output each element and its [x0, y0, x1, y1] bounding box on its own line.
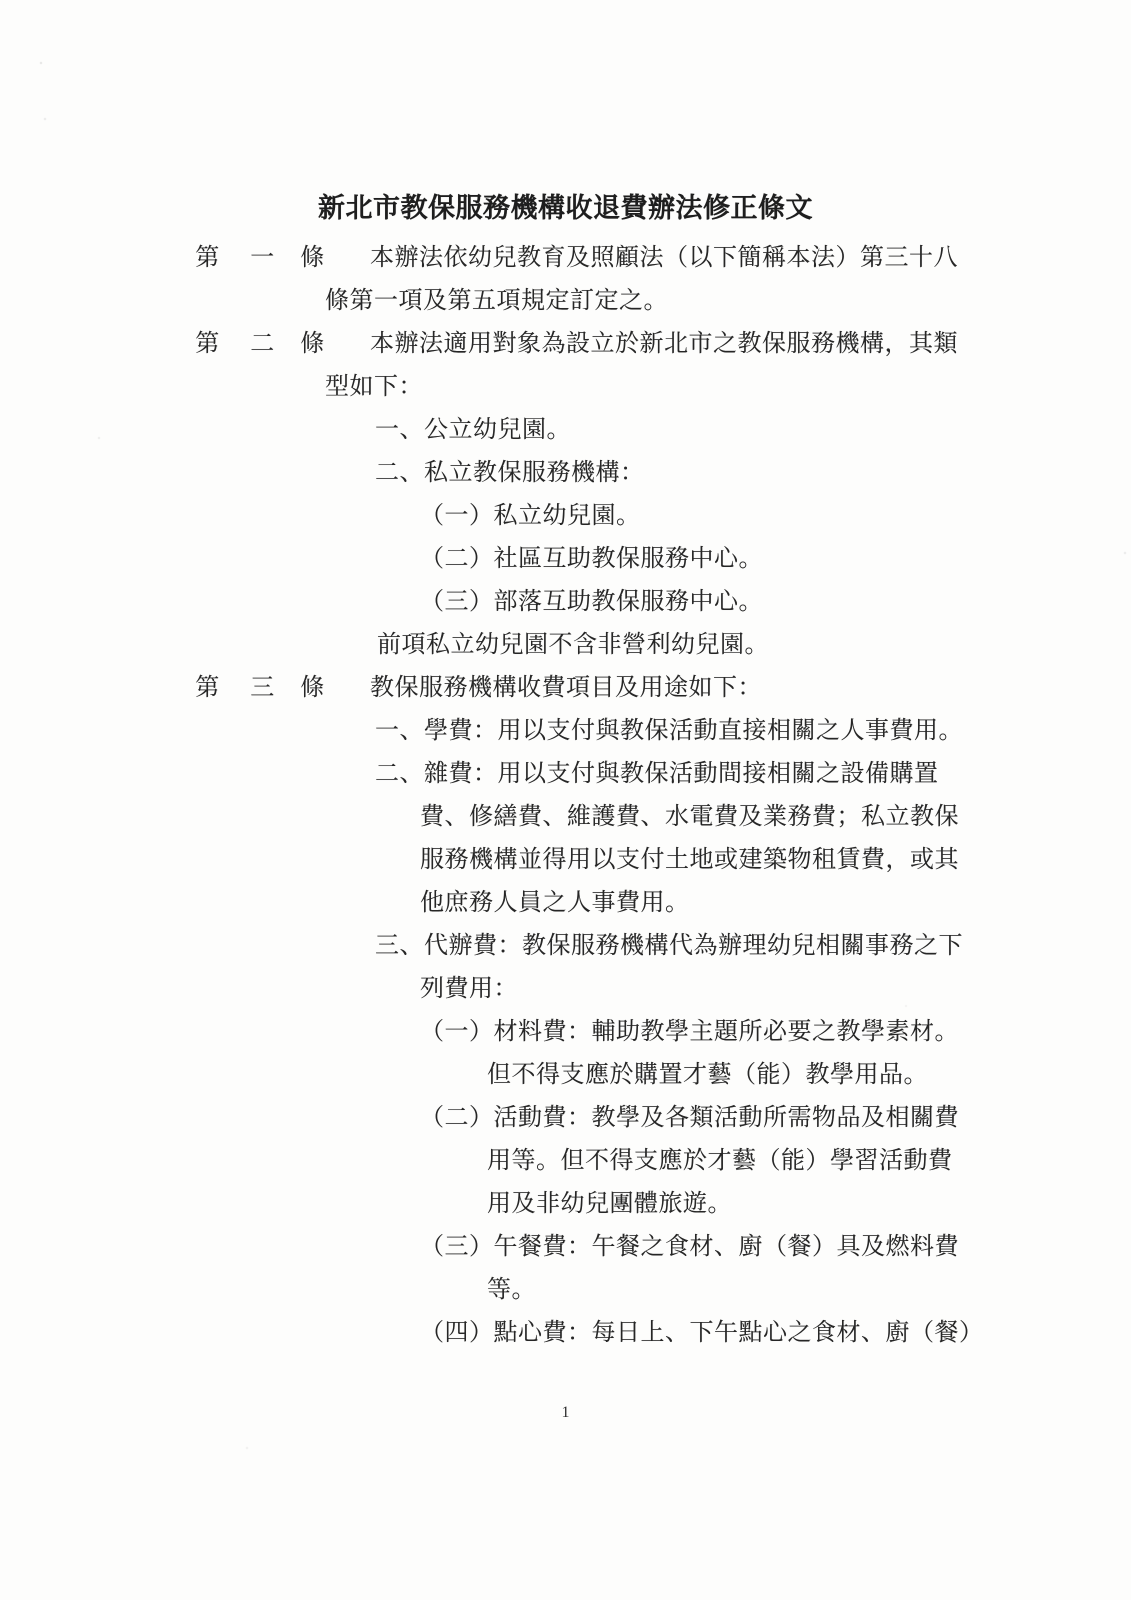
line-text: （三）部落互助教保服務中心。 — [420, 589, 763, 615]
document-line: 二、私立教保服務機構： — [0, 452, 1131, 495]
document-line: 第三條教保服務機構收費項目及用途如下： — [0, 667, 1131, 710]
document-line: （三）午餐費：午餐之食材、廚（餐）具及燃料費 — [0, 1226, 1131, 1269]
line-text: （二）社區互助教保服務中心。 — [420, 546, 763, 572]
line-text: 前項私立幼兒園不含非營利幼兒園。 — [377, 632, 769, 658]
document-line: （四）點心費：每日上、下午點心之食材、廚（餐） — [0, 1312, 1131, 1355]
document-line: （二）活動費：教學及各類活動所需物品及相關費 — [0, 1097, 1131, 1140]
line-text: 等。 — [487, 1277, 536, 1303]
document-line: 一、公立幼兒園。 — [0, 409, 1131, 452]
document-line: 型如下： — [0, 366, 1131, 409]
line-text: 型如下： — [325, 374, 423, 400]
line-text: 但不得支應於購置才藝（能）教學用品。 — [487, 1062, 928, 1088]
line-text: 用等。但不得支應於才藝（能）學習活動費 — [487, 1148, 953, 1174]
document-line: 二、雜費：用以支付與教保活動間接相關之設備購置 — [0, 753, 1131, 796]
line-text: （一）私立幼兒園。 — [420, 503, 641, 529]
article-number-label: 條 — [300, 323, 325, 366]
document-title: 新北市教保服務機構收退費辦法修正條文 — [0, 186, 1131, 225]
line-text: 本辦法適用對象為設立於新北市之教保服務機構，其類 — [370, 331, 958, 357]
article-number-label: 條 — [300, 667, 325, 710]
document-line: 第一條本辦法依幼兒教育及照顧法（以下簡稱本法）第三十八 — [0, 237, 1131, 280]
line-text: 用及非幼兒團體旅遊。 — [487, 1191, 732, 1217]
document-line: 他庶務人員之人事費用。 — [0, 882, 1131, 925]
article-number-label: 第 — [195, 323, 220, 366]
document-line: 一、學費：用以支付與教保活動直接相關之人事費用。 — [0, 710, 1131, 753]
document-line: 第二條本辦法適用對象為設立於新北市之教保服務機構，其類 — [0, 323, 1131, 366]
line-text: 二、雜費：用以支付與教保活動間接相關之設備購置 — [375, 761, 939, 787]
line-text: 他庶務人員之人事費用。 — [420, 890, 690, 916]
article-number-label: 一 — [250, 237, 275, 280]
article-number-label: 條 — [300, 237, 325, 280]
article-number-label: 第 — [195, 667, 220, 710]
scan-noise-specks — [0, 0, 2, 2]
line-text: 條第一項及第五項規定訂定之。 — [325, 288, 668, 314]
line-text: 服務機構並得用以支付土地或建築物租賃費，或其 — [420, 847, 959, 873]
document-line: （一）材料費：輔助教學主題所必要之教學素材。 — [0, 1011, 1131, 1054]
document-line: 等。 — [0, 1269, 1131, 1312]
document-line: （一）私立幼兒園。 — [0, 495, 1131, 538]
document-line: 用等。但不得支應於才藝（能）學習活動費 — [0, 1140, 1131, 1183]
line-text: 一、公立幼兒園。 — [375, 417, 571, 443]
article-number-label: 第 — [195, 237, 220, 280]
line-text: 教保服務機構收費項目及用途如下： — [370, 675, 762, 701]
line-text: （三）午餐費：午餐之食材、廚（餐）具及燃料費 — [420, 1234, 959, 1260]
line-text: （二）活動費：教學及各類活動所需物品及相關費 — [420, 1105, 959, 1131]
line-text: 三、代辦費：教保服務機構代為辦理幼兒相關事務之下 — [375, 933, 963, 959]
document-line: 但不得支應於購置才藝（能）教學用品。 — [0, 1054, 1131, 1097]
document-line: （三）部落互助教保服務中心。 — [0, 581, 1131, 624]
line-text: （一）材料費：輔助教學主題所必要之教學素材。 — [420, 1019, 959, 1045]
document-line: （二）社區互助教保服務中心。 — [0, 538, 1131, 581]
document-line: 用及非幼兒團體旅遊。 — [0, 1183, 1131, 1226]
document-line: 前項私立幼兒園不含非營利幼兒園。 — [0, 624, 1131, 667]
scanned-document-page: 新北市教保服務機構收退費辦法修正條文 第一條本辦法依幼兒教育及照顧法（以下簡稱本… — [0, 0, 1131, 1600]
line-text: 本辦法依幼兒教育及照顧法（以下簡稱本法）第三十八 — [370, 245, 958, 271]
document-line: 費、修繕費、維護費、水電費及業務費；私立教保 — [0, 796, 1131, 839]
page-number: 1 — [0, 1404, 1131, 1422]
document-line: 服務機構並得用以支付土地或建築物租賃費，或其 — [0, 839, 1131, 882]
line-text: 二、私立教保服務機構： — [375, 460, 645, 486]
article-number-label: 二 — [250, 323, 275, 366]
article-number-label: 三 — [250, 667, 275, 710]
document-body: 第一條本辦法依幼兒教育及照顧法（以下簡稱本法）第三十八條第一項及第五項規定訂定之… — [0, 237, 1131, 1355]
line-text: 費、修繕費、維護費、水電費及業務費；私立教保 — [420, 804, 959, 830]
line-text: （四）點心費：每日上、下午點心之食材、廚（餐） — [420, 1320, 984, 1346]
line-text: 列費用： — [420, 976, 518, 1002]
line-text: 一、學費：用以支付與教保活動直接相關之人事費用。 — [375, 718, 963, 744]
document-line: 列費用： — [0, 968, 1131, 1011]
document-line: 條第一項及第五項規定訂定之。 — [0, 280, 1131, 323]
document-line: 三、代辦費：教保服務機構代為辦理幼兒相關事務之下 — [0, 925, 1131, 968]
